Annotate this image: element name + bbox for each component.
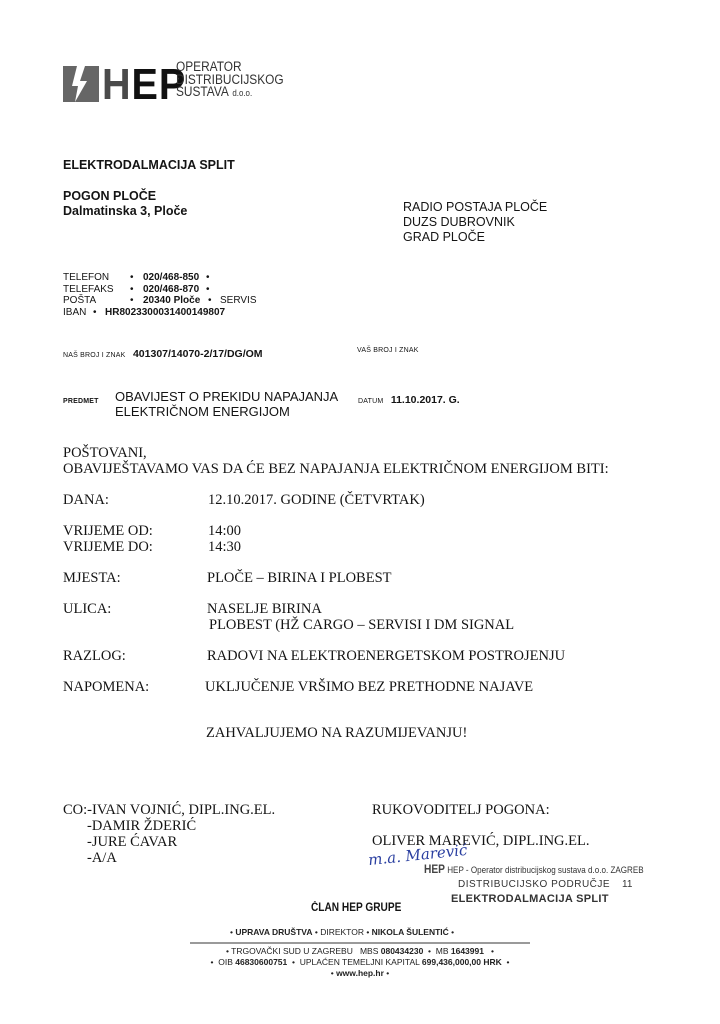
field-label-mjesta: MJESTA: xyxy=(63,570,121,587)
field-value-napomena: UKLJUČENJE VRŠIMO BEZ PRETHODNE NAJAVE xyxy=(205,679,533,696)
postal-code: 20340 Ploče xyxy=(143,295,200,307)
lightning-bolt-icon xyxy=(63,66,99,102)
field-value-dana: 12.10.2017. GODINE (ČETVRTAK) xyxy=(208,492,425,509)
your-reference-label: VAŠ BROJ I ZNAK xyxy=(357,347,419,354)
contact-block: TELEFON • 020/468-850 • TELEFAKS • 020/4… xyxy=(63,272,303,318)
field-value-do: 14:30 xyxy=(208,539,241,556)
field-value-od: 14:00 xyxy=(208,523,241,540)
sender-unit: POGON PLOČE xyxy=(63,189,156,203)
greeting: POŠTOVANI, xyxy=(63,445,147,462)
logo-subtitle: OPERATOR DISTRIBUCIJSKOG SUSTAVAd.o.o. xyxy=(176,61,284,100)
field-value-mjesta: PLOČE – BIRINA I PLOBEST xyxy=(207,570,392,587)
field-label-ulica: ULICA: xyxy=(63,601,111,618)
stamp-line-3: ELEKTRODALMACIJA SPLIT xyxy=(451,893,609,905)
intro-text: OBAVIJEŠTAVAMO VAS DA ĆE BEZ NAPAJANJA E… xyxy=(63,461,609,478)
cc-item: -JURE ĆAVAR xyxy=(87,834,177,851)
fax-number: 020/468-870 xyxy=(143,284,199,296)
stamp-line-2: DISTRIBUCIJSKO PODRUČJE xyxy=(458,879,610,890)
stamp-number: 11 xyxy=(622,879,632,890)
field-label-do: VRIJEME DO: xyxy=(63,539,153,556)
recipient: GRAD PLOČE xyxy=(403,230,547,245)
hep-group-label: ČLAN HEP GRUPE xyxy=(311,902,401,914)
thanks-text: ZAHVALJUJEMO NA RAZUMIJEVANJU! xyxy=(206,725,467,742)
iban-value: HR8023300031400149807 xyxy=(105,307,225,319)
recipient: DUZS DUBROVNIK xyxy=(403,215,547,230)
field-label-razlog: RAZLOG: xyxy=(63,648,126,665)
recipient-block: RADIO POSTAJA PLOČE DUZS DUBROVNIK GRAD … xyxy=(403,200,547,245)
sender-address: Dalmatinska 3, Ploče xyxy=(63,204,187,218)
cc-item: -DAMIR ŽDERIĆ xyxy=(87,818,196,835)
signature-title: RUKOVODITELJ POGONA: xyxy=(372,802,550,819)
website-link[interactable]: www.hep.hr xyxy=(336,968,384,978)
cc-first: CO:-IVAN VOJNIĆ, DIPL.ING.EL. xyxy=(63,802,275,819)
field-value-ulica-2: PLOBEST (HŽ CARGO – SERVISI I DM SIGNAL xyxy=(209,617,514,634)
hep-stamp-logo: HEP xyxy=(424,862,445,876)
stamp-line-1: HEP HEP - Operator distribucijskog susta… xyxy=(424,862,644,876)
footer-legal: • TRGOVAČKI SUD U ZAGREBU MBS 080434230 … xyxy=(160,946,560,979)
logo-brand: HEP xyxy=(102,66,186,104)
field-value-razlog: RADOVI NA ELEKTROENERGETSKOM POSTROJENJU xyxy=(207,648,565,665)
cc-item: -A/A xyxy=(87,850,117,867)
subject-text: OBAVIJEST O PREKIDU NAPAJANJA ELEKTRIČNO… xyxy=(115,390,338,419)
date-block: DATUM 11.10.2017. G. xyxy=(358,390,460,408)
footer-divider xyxy=(190,942,530,944)
phone-number: 020/468-850 xyxy=(143,272,199,284)
field-label-napomena: NAPOMENA: xyxy=(63,679,149,696)
field-label-dana: DANA: xyxy=(63,492,109,509)
our-reference: NAŠ BROJ I ZNAK 401307/14070-2/17/DG/OM xyxy=(63,344,263,362)
subject-label: PREDMET xyxy=(63,398,99,405)
field-label-od: VRIJEME OD: xyxy=(63,523,153,540)
management-line: • UPRAVA DRUŠTVA • DIREKTOR • NIKOLA ŠUL… xyxy=(230,927,454,937)
field-value-ulica-1: NASELJE BIRINA xyxy=(207,601,322,618)
recipient: RADIO POSTAJA PLOČE xyxy=(403,200,547,215)
sender-company: ELEKTRODALMACIJA SPLIT xyxy=(63,158,235,172)
